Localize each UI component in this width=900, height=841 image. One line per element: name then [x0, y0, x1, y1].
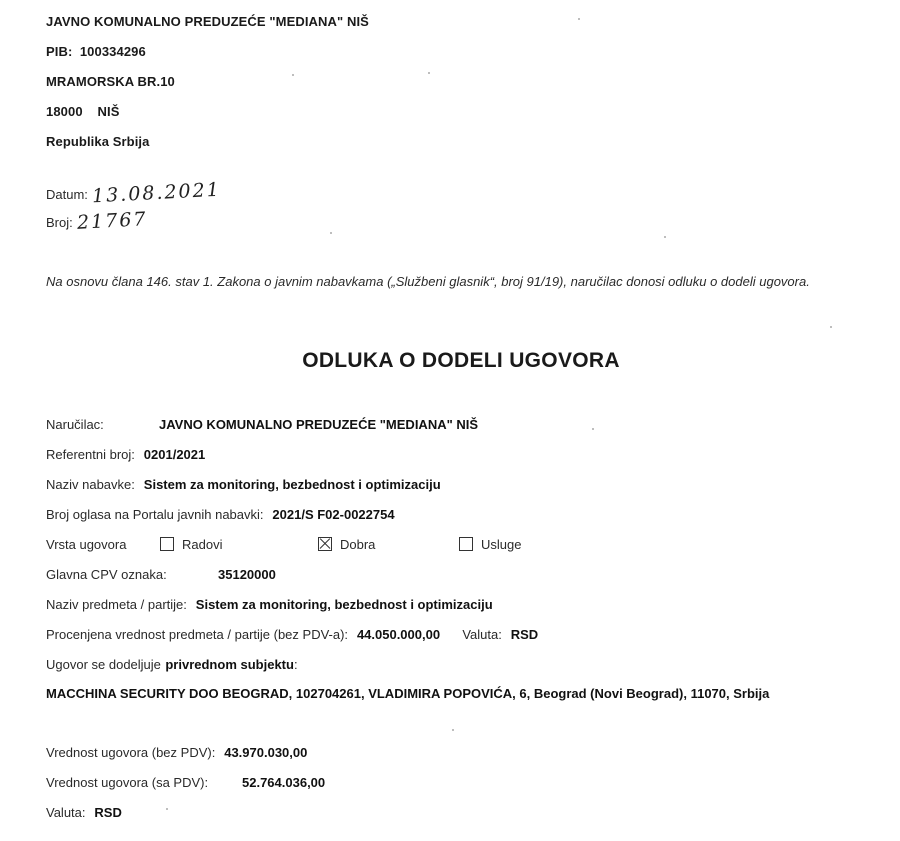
option-label: Usluge	[481, 537, 521, 552]
option-dobra[interactable]: Dobra	[318, 537, 459, 552]
postal-code: 18000	[46, 104, 83, 119]
scan-speck	[578, 18, 580, 20]
field-contract-value-vat: Vrednost ugovora (sa PDV):52.764.036,00	[46, 774, 325, 792]
org-name: JAVNO KOMUNALNO PREDUZEĆE "MEDIANA" NIŠ	[46, 14, 369, 29]
currency-label: Valuta:	[462, 627, 502, 642]
city: NIŠ	[98, 104, 120, 119]
scan-speck	[428, 72, 430, 74]
number-line: Broj: 21767	[46, 210, 148, 232]
option-label: Radovi	[182, 537, 222, 552]
field-value: Sistem za monitoring, bezbednost i optim…	[196, 597, 493, 612]
field-value: 0201/2021	[144, 447, 205, 462]
field-value: RSD	[94, 805, 121, 820]
scan-speck	[330, 232, 332, 234]
awarded-company: MACCHINA SECURITY DOO BEOGRAD, 102704261…	[46, 686, 769, 701]
field-value: JAVNO KOMUNALNO PREDUZEĆE "MEDIANA" NIŠ	[159, 417, 478, 432]
pib-label: PIB:	[46, 44, 72, 59]
field-estimated-value: Procenjena vrednost predmeta / partije (…	[46, 626, 538, 644]
field-label: Procenjena vrednost predmeta / partije (…	[46, 627, 348, 642]
date-label: Datum:	[46, 187, 88, 202]
field-label: Naziv predmeta / partije:	[46, 597, 187, 612]
scan-speck	[830, 326, 832, 328]
field-portal-notice: Broj oglasa na Portalu javnih nabavki: 2…	[46, 506, 395, 524]
field-value: Sistem za monitoring, bezbednost i optim…	[144, 477, 441, 492]
checkbox-empty-icon[interactable]	[459, 537, 473, 551]
field-subject-name: Naziv predmeta / partije: Sistem za moni…	[46, 596, 493, 614]
scan-speck	[452, 729, 454, 731]
field-label: Naručilac:	[46, 417, 159, 432]
field-awarded-to-label: Ugovor se dodeljuje privrednom subjektu:	[46, 656, 298, 674]
option-label: Dobra	[340, 537, 375, 552]
number-label: Broj:	[46, 215, 73, 230]
pib-value: 100334296	[80, 44, 146, 59]
currency-value: RSD	[511, 627, 538, 642]
field-contract-value-no-vat: Vrednost ugovora (bez PDV): 43.970.030,0…	[46, 744, 307, 762]
street-address: MRAMORSKA BR.10	[46, 74, 175, 89]
field-value: 44.050.000,00	[357, 627, 440, 642]
field-label: Naziv nabavke:	[46, 477, 135, 492]
document-title: ODLUKA O DODELI UGOVORA	[0, 349, 900, 373]
awarded-label-suffix: :	[294, 657, 298, 672]
scan-speck	[292, 74, 294, 76]
field-contract-type: Vrsta ugovoraRadoviDobraUsluge	[46, 536, 521, 554]
field-label: Referentni broj:	[46, 447, 135, 462]
field-procurement-name: Naziv nabavke: Sistem za monitoring, bez…	[46, 476, 441, 494]
field-value: 52.764.036,00	[242, 775, 325, 790]
scan-speck	[664, 236, 666, 238]
field-reference-number: Referentni broj: 0201/2021	[46, 446, 205, 464]
postal-city: 18000 NIŠ	[46, 104, 120, 119]
field-label: Valuta:	[46, 805, 86, 820]
country: Republika Srbija	[46, 134, 149, 149]
date-value: 13.08.2021	[92, 179, 222, 208]
field-label: Vrsta ugovora	[46, 537, 160, 552]
legal-basis-paragraph: Na osnovu člana 146. stav 1. Zakona o ja…	[46, 272, 876, 292]
number-value: 21767	[77, 208, 149, 234]
checkbox-empty-icon[interactable]	[160, 537, 174, 551]
checkbox-checked-icon[interactable]	[318, 537, 332, 551]
awarded-label-prefix: Ugovor se dodeljuje	[46, 657, 161, 672]
field-contracting-authority: Naručilac:JAVNO KOMUNALNO PREDUZEĆE "MED…	[46, 416, 478, 434]
scan-speck	[166, 808, 168, 810]
option-radovi[interactable]: Radovi	[160, 537, 318, 552]
date-line: Datum: 13.08.2021	[46, 182, 221, 204]
field-label: Broj oglasa na Portalu javnih nabavki:	[46, 507, 264, 522]
field-value: 2021/S F02-0022754	[272, 507, 394, 522]
field-currency: Valuta: RSD	[46, 804, 122, 822]
field-label: Vrednost ugovora (bez PDV):	[46, 745, 215, 760]
field-value: 43.970.030,00	[224, 745, 307, 760]
option-usluge[interactable]: Usluge	[459, 537, 521, 552]
scan-speck	[592, 428, 594, 430]
field-label: Glavna CPV oznaka:	[46, 567, 218, 582]
pib-line: PIB: 100334296	[46, 44, 146, 59]
field-label: Vrednost ugovora (sa PDV):	[46, 775, 242, 790]
field-value: 35120000	[218, 567, 276, 582]
field-cpv: Glavna CPV oznaka:35120000	[46, 566, 276, 584]
awarded-label-bold: privrednom subjektu	[165, 657, 294, 672]
